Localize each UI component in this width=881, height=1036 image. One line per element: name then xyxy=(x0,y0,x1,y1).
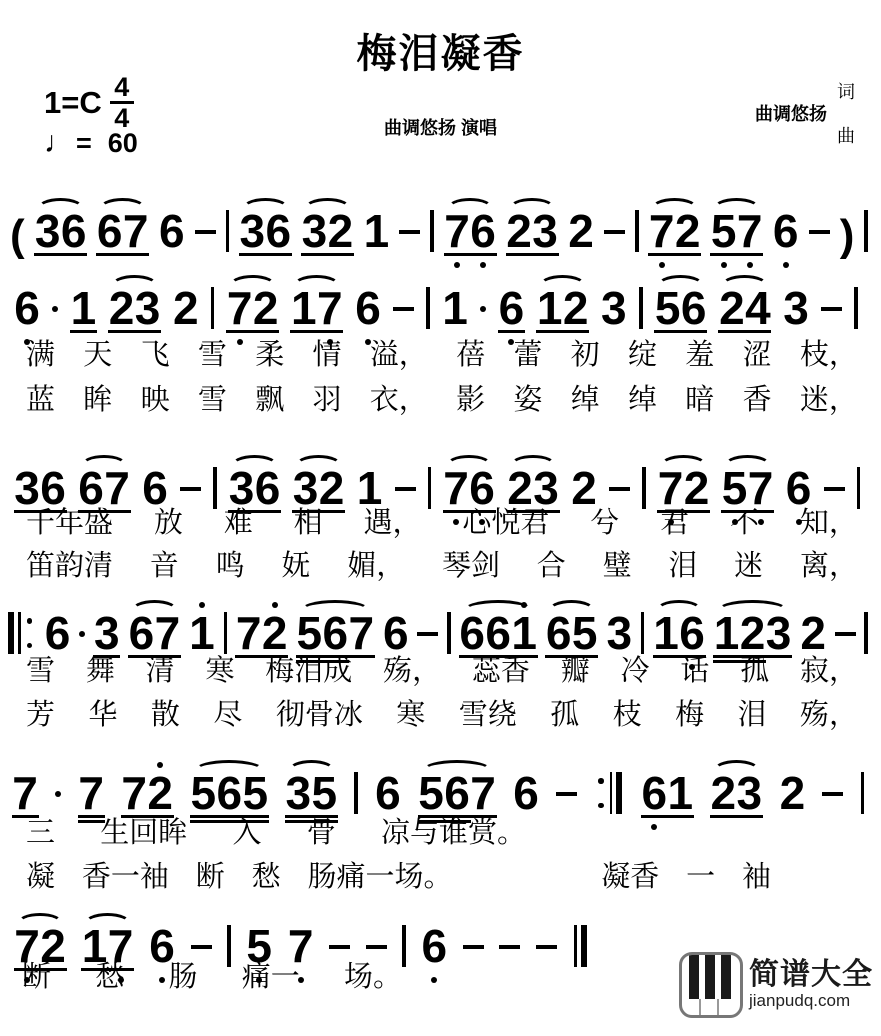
lyric-syllable: 迷 xyxy=(734,549,763,583)
note: 6 xyxy=(786,470,812,507)
note-group: 32 xyxy=(301,197,353,274)
beam-line xyxy=(252,330,279,333)
note: 2 xyxy=(779,775,805,812)
lyric-syllable: 香 xyxy=(743,383,772,417)
note: 6 xyxy=(265,213,291,250)
note: 7 xyxy=(123,213,149,250)
lyric-syllable: 琴剑 xyxy=(442,549,500,583)
barline-token xyxy=(635,210,639,274)
note: 6 xyxy=(469,470,495,507)
lyric-syllable: 眸 xyxy=(83,383,112,417)
duration-dash xyxy=(809,230,830,234)
lyric-syllable: 寒 xyxy=(205,654,234,688)
barline xyxy=(854,287,858,329)
intro-line: (36676363217623272576) xyxy=(10,197,868,274)
barline xyxy=(635,210,639,252)
beam-line xyxy=(680,330,707,333)
lyric-syllable: 入 xyxy=(232,816,261,850)
note-digit: 6 xyxy=(216,767,242,819)
note-digit: 5 xyxy=(312,767,338,819)
lyric-syllable: 痛一 xyxy=(242,960,300,994)
note: 5 xyxy=(190,775,216,812)
note: 5 xyxy=(711,213,737,250)
duration-dash xyxy=(180,487,201,491)
note-digit: 6 xyxy=(513,767,539,819)
lyric-syllable: 雪绕 xyxy=(459,698,517,732)
note: 2 xyxy=(719,290,745,327)
note-digit: 6 xyxy=(45,607,71,659)
note: 6 xyxy=(61,213,87,250)
lyric-syllable: 华 xyxy=(88,698,117,732)
duration-dash xyxy=(395,487,416,491)
beam-line xyxy=(710,253,737,256)
octave-dot-high xyxy=(272,602,278,608)
duration-dash xyxy=(609,487,630,491)
beam-line xyxy=(134,330,161,333)
note: 6 xyxy=(470,213,496,250)
note: 6 xyxy=(546,615,572,652)
lyric-syllable: 瓣 xyxy=(561,654,590,688)
lyric-syllable: 绰 xyxy=(571,383,600,417)
note-digit: 6 xyxy=(375,767,401,819)
note-digit: 3 xyxy=(783,282,809,334)
note: 7 xyxy=(12,775,38,812)
lyric-syllable: 知， xyxy=(800,506,858,540)
note: 2 xyxy=(571,470,597,507)
lyric-syllable: 蓓 xyxy=(456,338,485,372)
note-digit: 2 xyxy=(262,607,288,659)
note-digit: 6 xyxy=(159,205,185,257)
barline xyxy=(213,467,217,509)
duration-dash xyxy=(824,487,845,491)
barline xyxy=(642,467,646,509)
note: 1 xyxy=(291,290,317,327)
note-digit: 7 xyxy=(155,607,181,659)
note-digit: 6 xyxy=(383,607,409,659)
lyric-syllable: 散 xyxy=(151,698,180,732)
lyric-syllable: 迷， xyxy=(800,383,858,417)
note: 2 xyxy=(262,615,288,652)
barline xyxy=(402,925,406,967)
note: 3 xyxy=(239,213,265,250)
lyric-syllable: 枝， xyxy=(800,338,858,372)
note: 6 xyxy=(773,213,799,250)
barline xyxy=(864,210,868,252)
note-digit: 3 xyxy=(94,607,120,659)
lyric-syllable: 肠 xyxy=(168,960,197,994)
augmentation-dot xyxy=(52,306,58,312)
duration-dash xyxy=(329,945,350,949)
octave-dot-low xyxy=(659,262,665,268)
lyric-syllable: 羞 xyxy=(685,338,714,372)
lyric-syllable: 放 xyxy=(154,506,183,540)
lyric-syllable: 雪 xyxy=(198,338,227,372)
note: 7 xyxy=(748,470,774,507)
beam-line xyxy=(444,253,471,256)
note: 6 xyxy=(498,290,524,327)
site-watermark: 简谱大全 jianpudq.com xyxy=(679,952,873,1018)
note: 6 xyxy=(97,213,123,250)
lyric-syllable: 相 xyxy=(294,506,323,540)
note-digit: 3 xyxy=(532,205,558,257)
lyric-syllable: 姿 xyxy=(513,383,542,417)
note-digit: 6 xyxy=(355,282,381,334)
note-digit: 7 xyxy=(737,205,763,257)
octave-dot-low xyxy=(454,262,460,268)
note-group: 61 xyxy=(641,759,693,836)
beam-line xyxy=(532,253,559,256)
note: 3 xyxy=(285,775,311,812)
barline xyxy=(574,925,577,967)
note-digit: 1 xyxy=(714,607,740,659)
note-digit: 6 xyxy=(499,282,525,334)
lyric-syllable: 芳 xyxy=(26,698,55,732)
lyric-syllable: 离， xyxy=(800,549,858,583)
note-digit: 6 xyxy=(422,920,448,972)
note: 1 xyxy=(537,290,563,327)
note: 2 xyxy=(710,775,736,812)
lyric-syllable: 袖 xyxy=(742,860,771,894)
lyric-syllable: 雪 xyxy=(26,654,55,688)
barline xyxy=(224,612,228,654)
note: 2 xyxy=(507,470,533,507)
lyric-syllable: 暗 xyxy=(685,383,714,417)
note-digit: 3 xyxy=(766,607,792,659)
note: 6 xyxy=(128,615,154,652)
note: 7 xyxy=(227,290,253,327)
note: 3 xyxy=(601,290,627,327)
lyric-syllable: 满 xyxy=(26,338,55,372)
close-paren: ) xyxy=(840,216,855,256)
note: 2 xyxy=(675,213,701,250)
barline xyxy=(354,772,358,814)
note-digit: 2 xyxy=(147,767,173,819)
lyric-syllable: 场。 xyxy=(344,960,402,994)
note: 6 xyxy=(421,928,447,965)
note: 7 xyxy=(443,470,469,507)
note-digit: 7 xyxy=(78,767,104,819)
lyric-syllable: 音 xyxy=(150,549,179,583)
note-digit: 7 xyxy=(317,282,343,334)
note-digit: 3 xyxy=(601,282,627,334)
note: 2 xyxy=(563,290,589,327)
lyric-syllable: 绽 xyxy=(628,338,657,372)
beam-line xyxy=(34,253,61,256)
note-group: 72 xyxy=(649,197,701,274)
note: 3 xyxy=(35,213,61,250)
note-digit: 1 xyxy=(653,607,679,659)
beam-line xyxy=(226,330,253,333)
lyric-syllable: 蕊香 xyxy=(472,654,530,688)
note-digit: 6 xyxy=(773,205,799,257)
note-digit: 5 xyxy=(190,767,216,819)
duration-dash xyxy=(191,945,212,949)
note-digit: 4 xyxy=(745,282,771,334)
note: 3 xyxy=(532,213,558,250)
duration-dash xyxy=(835,632,856,636)
note: 2 xyxy=(147,775,173,812)
note-digit: 6 xyxy=(322,607,348,659)
lyric-syllable: 寒 xyxy=(396,698,425,732)
beam-line xyxy=(506,253,533,256)
lyric-syllable: 梅 xyxy=(675,698,704,732)
barline xyxy=(428,467,432,509)
note-digit: 1 xyxy=(291,282,317,334)
note: 7 xyxy=(236,615,262,652)
beam-line xyxy=(654,330,681,333)
lyric-syllable: 寂， xyxy=(800,654,858,688)
note-group: 6 xyxy=(159,197,185,274)
duration-dash xyxy=(399,230,420,234)
lyric-syllable: 肠痛一场。 xyxy=(308,860,453,894)
note: 1 xyxy=(653,615,679,652)
note: 6 xyxy=(78,470,104,507)
barline-token xyxy=(226,210,230,274)
beam-line xyxy=(327,253,354,256)
beam-line xyxy=(736,253,763,256)
note-digit: 3 xyxy=(286,767,312,819)
barline xyxy=(430,210,434,252)
note: 6 xyxy=(216,775,242,812)
note-digit: 2 xyxy=(563,282,589,334)
note: 7 xyxy=(317,290,343,327)
beam-line xyxy=(122,253,149,256)
note: 7 xyxy=(104,470,130,507)
note: 6 xyxy=(142,470,168,507)
note-digit: 3 xyxy=(607,607,633,659)
note-digit: 5 xyxy=(711,205,737,257)
lyric-syllable: 遇， xyxy=(364,506,422,540)
note: 7 xyxy=(658,470,684,507)
note: 2 xyxy=(253,290,279,327)
note-digit: 3 xyxy=(302,205,328,257)
beam-line xyxy=(674,253,701,256)
lyric-syllable: 凉与谁赏。 xyxy=(381,816,526,850)
octave-dot-low xyxy=(783,262,789,268)
note: 6 xyxy=(681,290,707,327)
octave-dot-low xyxy=(721,262,727,268)
octave-dot-low xyxy=(480,262,486,268)
note-digit: 2 xyxy=(173,282,199,334)
beam-line xyxy=(239,253,266,256)
octave-dot-high xyxy=(199,602,205,608)
note-digit: 1 xyxy=(71,282,97,334)
barline xyxy=(861,772,865,814)
note: 6 xyxy=(255,470,281,507)
note-digit: 1 xyxy=(442,282,468,334)
note-digit: 7 xyxy=(123,205,149,257)
beam-line xyxy=(60,253,87,256)
site-name-block: 简谱大全 jianpudq.com xyxy=(749,959,873,1011)
note-digit: 6 xyxy=(641,767,667,819)
lyric-syllable: 璧 xyxy=(603,549,632,583)
note: 2 xyxy=(327,213,353,250)
time-numerator: 4 xyxy=(114,74,129,100)
sheet-music-page: { "header": { "title": "梅泪凝香", "key": "1… xyxy=(0,0,881,1036)
note-digit: 2 xyxy=(711,767,737,819)
barline-token xyxy=(864,612,868,676)
barline xyxy=(426,287,430,329)
beam-line xyxy=(290,330,317,333)
barline-token xyxy=(864,210,868,274)
lyric-syllable: 飞 xyxy=(141,338,170,372)
augmentation-dot xyxy=(55,791,61,797)
lyric-syllable: 鸣 xyxy=(216,549,245,583)
lyric-syllable: 天 xyxy=(83,338,112,372)
note-digit: 2 xyxy=(109,282,135,334)
note: 2 xyxy=(173,290,199,327)
note: 3 xyxy=(229,470,255,507)
note-digit: 6 xyxy=(679,607,705,659)
note: 6 xyxy=(14,290,40,327)
note-group: 23 xyxy=(506,197,558,274)
beam-line xyxy=(562,330,589,333)
lyric-syllable: 香一袖 xyxy=(82,860,169,894)
lyric-syllable: 清 xyxy=(146,654,175,688)
lyric-syllable: 千年盛 xyxy=(26,506,113,540)
lyric-d2: 凝香一袖断愁肠痛一场。凝香一袖 xyxy=(26,860,771,894)
lyricist-label: 词 xyxy=(837,78,855,104)
lyric-syllable: 初 xyxy=(571,338,600,372)
lyric-syllable: 孤 xyxy=(740,654,769,688)
lyric-syllable: 合 xyxy=(537,549,566,583)
beam-line xyxy=(641,815,668,818)
beam-line xyxy=(498,330,525,333)
credit-roles: 词 曲 xyxy=(837,78,855,148)
note-digit: 6 xyxy=(61,205,87,257)
note-digit: 1 xyxy=(189,607,215,659)
note-digit: 6 xyxy=(97,205,123,257)
note: 6 xyxy=(459,615,485,652)
note: 6 xyxy=(679,615,705,652)
note: 2 xyxy=(800,615,826,652)
beam-line xyxy=(108,330,135,333)
note: 7 xyxy=(78,775,104,812)
beam-line xyxy=(301,253,328,256)
note: 6 xyxy=(159,213,185,250)
lyric-syllable: 蓝 xyxy=(26,383,55,417)
note-digit: 7 xyxy=(227,282,253,334)
note: 5 xyxy=(242,775,268,812)
lyric-syllable: 羽 xyxy=(312,383,341,417)
note-digit: 7 xyxy=(470,767,496,819)
lyric-d1: 三生回眸入骨凉与谁赏。 xyxy=(26,816,526,850)
beam-line xyxy=(265,253,292,256)
lyric-syllable: 影 xyxy=(456,383,485,417)
song-title: 梅泪凝香 xyxy=(0,22,881,79)
note-group: 6 xyxy=(421,912,447,989)
barline xyxy=(639,287,643,329)
note-digit: 2 xyxy=(780,767,806,819)
note-digit: 6 xyxy=(681,282,707,334)
duration-dash xyxy=(556,792,577,796)
barline xyxy=(864,612,868,654)
note: 7 xyxy=(121,775,147,812)
note-group: 36 xyxy=(239,197,291,274)
repeat-dots xyxy=(27,618,33,648)
note-digit: 6 xyxy=(546,607,572,659)
barline xyxy=(616,772,622,814)
lyric-syllable: 孤 xyxy=(550,698,579,732)
duration-dash xyxy=(366,945,387,949)
barline-token xyxy=(430,210,434,274)
note: 2 xyxy=(568,213,594,250)
duration-dash xyxy=(821,307,842,311)
lyric-syllable: 妩 xyxy=(281,549,310,583)
lyric-syllable: 溢， xyxy=(370,338,428,372)
note: 2 xyxy=(740,615,766,652)
lyric-e1: 断愁肠痛一场。 xyxy=(22,960,402,994)
note-digit: 5 xyxy=(296,607,322,659)
note: 5 xyxy=(655,290,681,327)
barline-token xyxy=(402,925,406,989)
note: 5 xyxy=(572,615,598,652)
note-digit: 6 xyxy=(485,607,511,659)
note: 1 xyxy=(363,213,389,250)
note: 6 xyxy=(322,615,348,652)
lyric-syllable: 泪 xyxy=(668,549,697,583)
barline xyxy=(581,925,587,967)
note: 7 xyxy=(737,213,763,250)
note: 6 xyxy=(375,775,401,812)
beam-line xyxy=(736,815,763,818)
note-digit: 2 xyxy=(506,205,532,257)
beam-line xyxy=(96,253,123,256)
beam-line xyxy=(710,815,737,818)
note: 2 xyxy=(506,213,532,250)
note: 6 xyxy=(355,290,381,327)
barline xyxy=(226,210,230,252)
barline-token xyxy=(861,772,865,836)
lyric-c2: 芳华散尽彻骨冰寒雪绕孤枝梅泪殇， xyxy=(26,698,858,732)
note-digit: 2 xyxy=(800,607,826,659)
beam-line xyxy=(744,330,771,333)
lyric-syllable: 映 xyxy=(141,383,170,417)
beam-line xyxy=(536,330,563,333)
lyric-syllable: 涩 xyxy=(743,338,772,372)
credit-name: 曲调悠扬 xyxy=(755,100,827,126)
lyric-syllable: 尽 xyxy=(213,698,242,732)
duration-dash xyxy=(417,632,438,636)
note-group: 23 xyxy=(710,759,762,836)
note-digit: 6 xyxy=(459,607,485,659)
note-digit: 1 xyxy=(511,607,537,659)
note-group: 2 xyxy=(779,759,805,836)
barline xyxy=(211,287,215,329)
beam-line xyxy=(718,330,745,333)
lyric-syllable: 梅泪成 xyxy=(265,654,352,688)
lyric-syllable: 飘 xyxy=(255,383,284,417)
lyric-syllable: 兮 xyxy=(590,506,619,540)
lyric-syllable: 君 xyxy=(660,506,689,540)
note-digit: 7 xyxy=(649,205,675,257)
note-digit: 6 xyxy=(266,205,292,257)
octave-dot-low xyxy=(651,824,657,830)
performer-credit: 曲调悠扬 演唱 xyxy=(0,114,881,140)
lyric-syllable: 情 xyxy=(312,338,341,372)
note: 4 xyxy=(745,290,771,327)
note-digit: 3 xyxy=(135,282,161,334)
note: 6 xyxy=(444,775,470,812)
note-digit: 3 xyxy=(240,205,266,257)
beam-line xyxy=(470,253,497,256)
note-digit: 1 xyxy=(667,767,693,819)
note: 2 xyxy=(319,470,345,507)
octave-dot-low xyxy=(431,977,437,983)
beam-line xyxy=(316,330,343,333)
note-digit: 7 xyxy=(12,767,38,819)
author-credits: 曲调悠扬 词 曲 xyxy=(755,78,855,148)
